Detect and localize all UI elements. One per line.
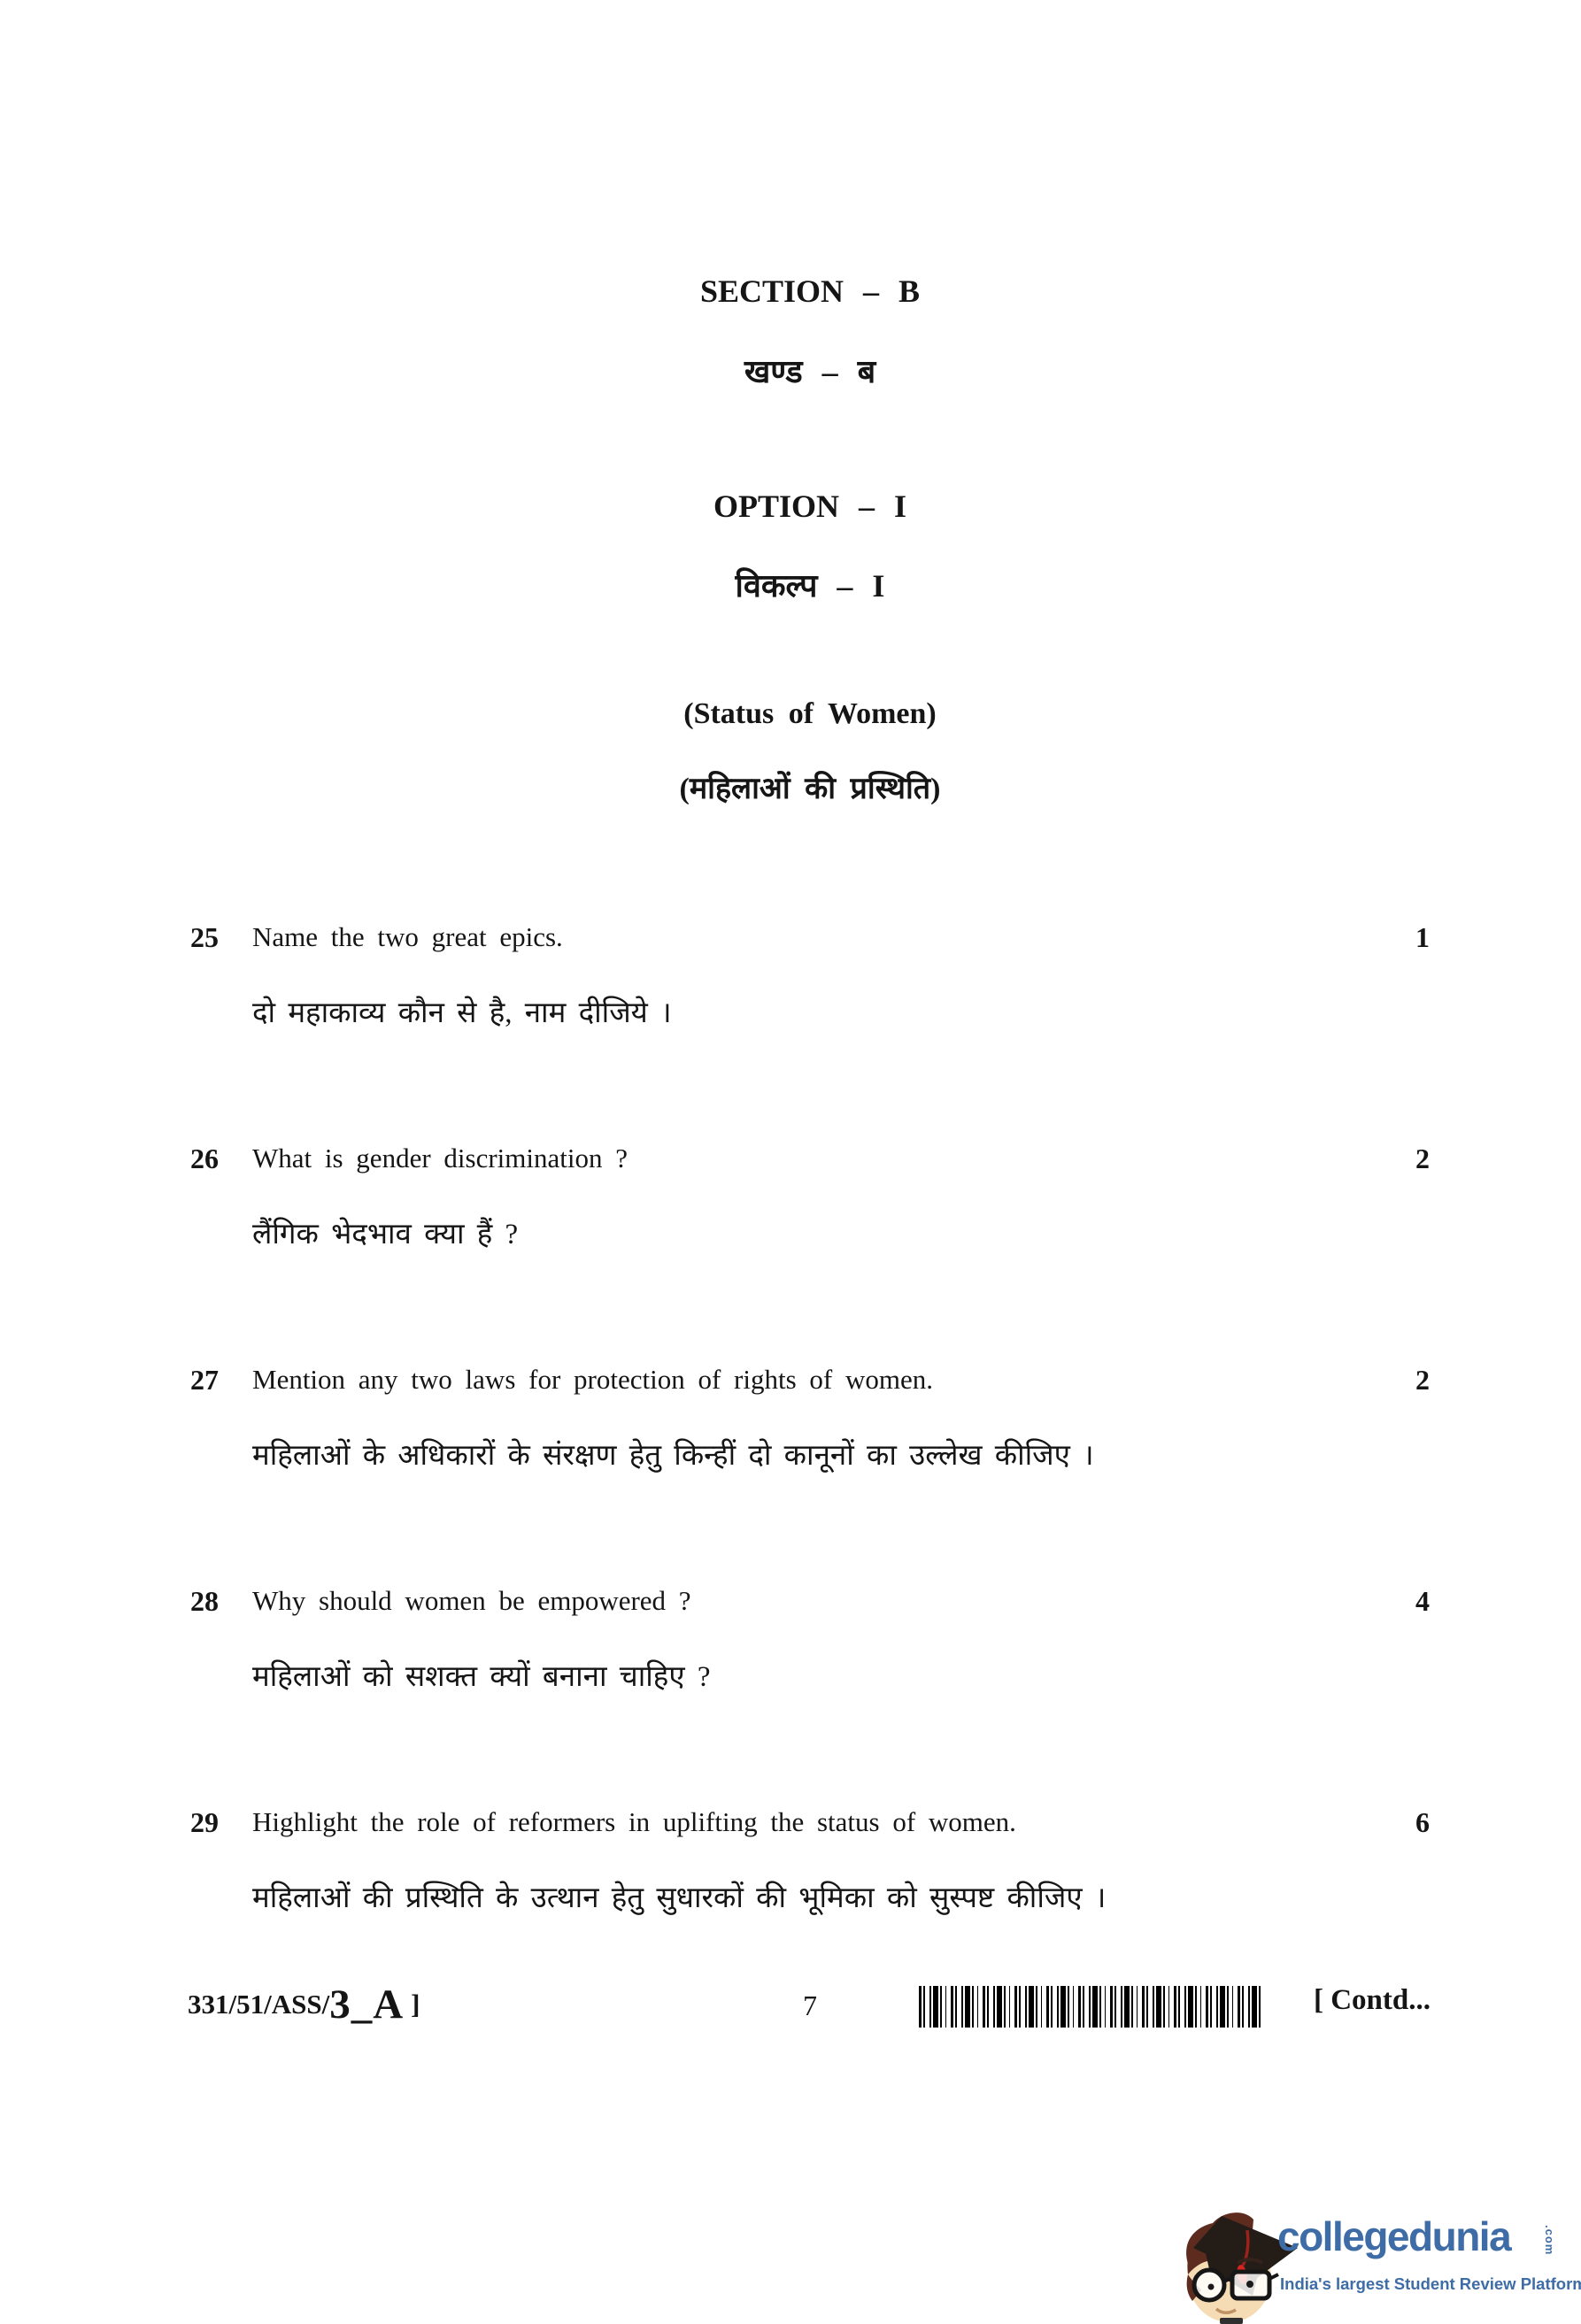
brand-tld: .com xyxy=(1543,2225,1556,2255)
question-number: 26 xyxy=(190,1140,219,1177)
question-marks: 2 xyxy=(1415,1361,1430,1398)
option-heading-hindi: विकल्प – I xyxy=(190,563,1430,606)
question-marks: 4 xyxy=(1415,1582,1430,1620)
question-text-english: Name the two great epics. xyxy=(252,919,1430,956)
question-row: 27 Mention any two laws for protection o… xyxy=(190,1361,1430,1475)
question-marks: 2 xyxy=(1415,1140,1430,1177)
section-heading: SECTION – B xyxy=(190,273,1430,310)
question-text-hindi: महिलाओं को सशक्त क्यों बनाना चाहिए ? xyxy=(252,1658,1430,1697)
barcode xyxy=(919,1986,1264,2028)
question-text-hindi: लैंगिक भेदभाव क्या हैं ? xyxy=(252,1215,1430,1254)
question-text-hindi: महिलाओं की प्रस्थिति के उत्थान हेतु सुधा… xyxy=(252,1879,1430,1918)
question-text-english: What is gender discrimination ? xyxy=(252,1140,1430,1177)
question-row: 29 Highlight the role of reformers in up… xyxy=(190,1804,1430,1918)
brand-tagline: India's largest Student Review Platform xyxy=(1280,2274,1581,2294)
question-number: 28 xyxy=(190,1582,219,1620)
option-heading: OPTION – I xyxy=(190,488,1430,525)
question-row: 28 Why should women be empowered ? 4 महि… xyxy=(190,1582,1430,1697)
question-marks: 6 xyxy=(1415,1804,1430,1841)
question-text-english: Mention any two laws for protection of r… xyxy=(252,1361,1430,1398)
question-row: 25 Name the two great epics. 1 दो महाकाव… xyxy=(190,919,1430,1033)
topic-heading-hindi: (महिलाओं की प्रस्थिति) xyxy=(190,766,1430,807)
contd-label: [ Contd... xyxy=(1314,1984,1431,2017)
question-text-english: Highlight the role of reformers in uplif… xyxy=(252,1804,1430,1841)
question-number: 27 xyxy=(190,1361,219,1398)
question-paper-page: SECTION – B खण्ड – ब OPTION – I विकल्प –… xyxy=(0,0,1581,2324)
collegedunia-logo: collegedunia .com India's largest Studen… xyxy=(1138,2163,1581,2324)
question-marks: 1 xyxy=(1415,919,1430,956)
topic-heading: (Status of Women) xyxy=(190,697,1430,731)
brand-wordmark: collegedunia xyxy=(1277,2212,1510,2260)
question-number: 29 xyxy=(190,1804,219,1841)
question-row: 26 What is gender discrimination ? 2 लैं… xyxy=(190,1140,1430,1254)
question-text-hindi: दो महाकाव्य कौन से है, नाम दीजिये । xyxy=(252,994,1430,1033)
question-text-english: Why should women be empowered ? xyxy=(252,1582,1430,1620)
question-text-hindi: महिलाओं के अधिकारों के संरक्षण हेतु किन्… xyxy=(252,1436,1430,1475)
section-heading-hindi: खण्ड – ब xyxy=(190,349,1430,392)
question-number: 25 xyxy=(190,919,219,956)
